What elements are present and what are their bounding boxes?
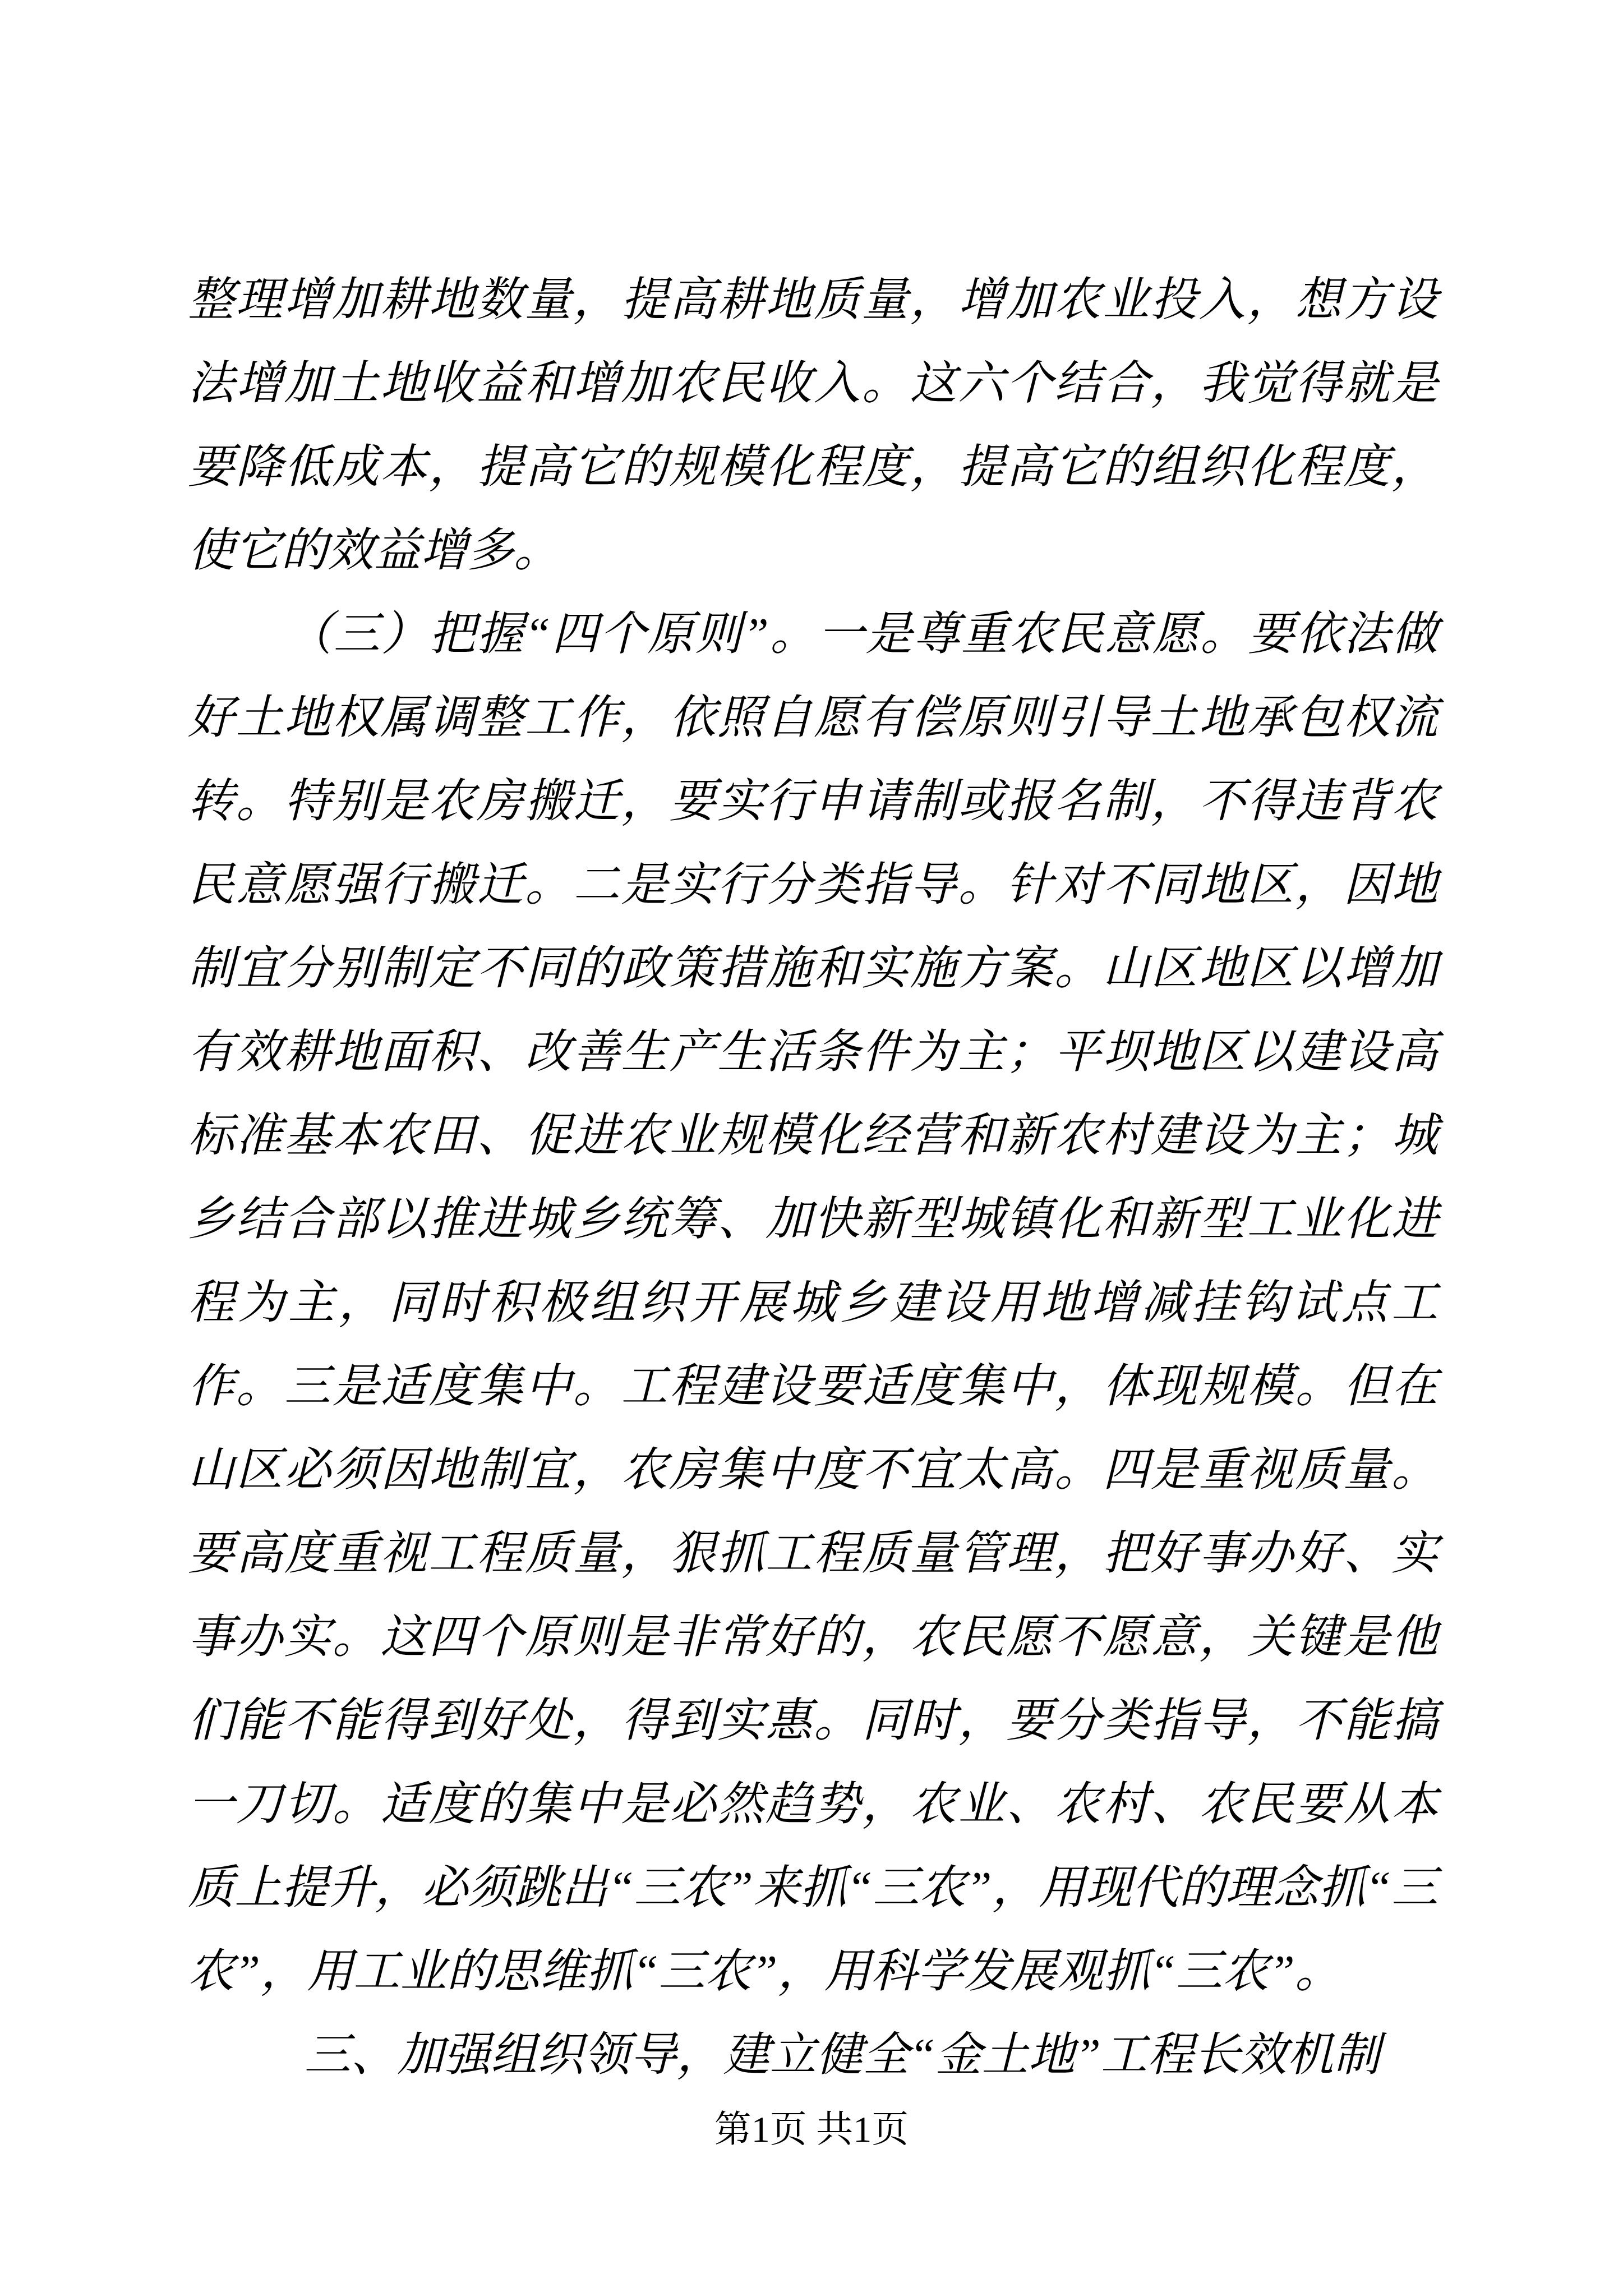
section-heading: 三、加强组织领导，建立健全“金土地”工程长效机制 <box>188 2013 1438 2097</box>
page-number: 第1页 共1页 <box>714 2109 909 2150</box>
page-footer: 第1页 共1页 <box>0 2105 1623 2155</box>
body-paragraph-2: （三）把握“四个原则”。一是尊重农民意愿。要依法做好土地权属调整工作，依照自愿有… <box>188 592 1438 2013</box>
body-paragraph-1: 整理增加耕地数量，提高耕地质量，增加农业投入，想方设法增加土地收益和增加农民收入… <box>188 258 1438 592</box>
document-page: 整理增加耕地数量，提高耕地质量，增加农业投入，想方设法增加土地收益和增加农民收入… <box>0 0 1623 2296</box>
